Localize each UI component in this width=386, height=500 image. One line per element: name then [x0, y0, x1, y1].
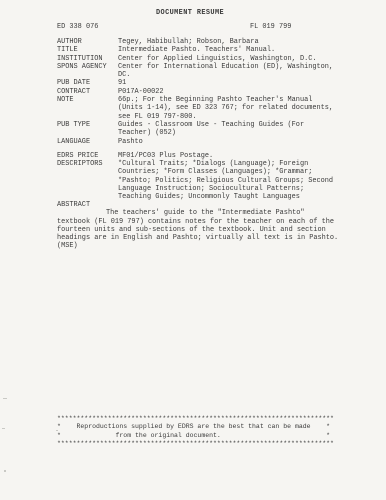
field-value-line: *Pashto; Politics; Religious Cultural Gr…	[118, 177, 341, 185]
field-value-line: Pashto	[118, 138, 341, 146]
field-value-line: DC.	[118, 71, 341, 79]
field-value-line: P017A-00022	[118, 88, 341, 96]
field-row-title: TITLE Intermediate Pashto. Teachers' Man…	[57, 46, 341, 54]
field-value-line: 91	[118, 79, 341, 87]
abstract-label: ABSTRACT	[57, 201, 347, 209]
field-row-contract: CONTRACT P017A-00022	[57, 88, 341, 96]
catalog-fields: AUTHOR Tegey, Habibullah; Robson, Barbar…	[57, 38, 341, 202]
field-label: NOTE	[57, 96, 118, 121]
field-value-line: MF01/PC03 Plus Postage.	[118, 152, 341, 160]
edrs-reproduction-notice: ****************************************…	[57, 415, 334, 448]
field-label: INSTITUTION	[57, 55, 118, 63]
scan-artifact	[56, 430, 58, 431]
scan-artifact	[4, 470, 6, 472]
reproduction-notice-line: * Reproductions supplied by EDRS are the…	[57, 423, 334, 431]
ed-accession-number: ED 338 076	[57, 23, 98, 31]
field-label: PUB TYPE	[57, 121, 118, 138]
field-value-line: Language Instruction; Sociocultural Patt…	[118, 185, 341, 193]
field-value-line: Intermediate Pashto. Teachers' Manual.	[118, 46, 341, 54]
field-row-spons-agency: SPONS AGENCY Center for International Ed…	[57, 63, 341, 80]
abstract-line: fourteen units and sub-sections of the t…	[57, 226, 347, 234]
field-value-line: 66p.; For the Beginning Pashto Teacher's…	[118, 96, 341, 104]
fl-clearinghouse-number: FL 019 799	[250, 23, 291, 31]
field-row-edrs-price: EDRS PRICE MF01/PC03 Plus Postage.	[57, 152, 341, 160]
field-value-line: Center for International Education (ED),…	[118, 63, 341, 71]
scan-artifact	[2, 428, 5, 429]
field-value-line: Countries; *Form Classes (Languages); *G…	[118, 168, 341, 176]
abstract-line: The teachers' guide to the "Intermediate…	[57, 209, 347, 217]
field-row-author: AUTHOR Tegey, Habibullah; Robson, Barbar…	[57, 38, 341, 46]
field-value-line: Teacher) (052)	[118, 129, 341, 137]
abstract-line: textbook (FL 019 797) contains notes for…	[57, 218, 347, 226]
field-label: AUTHOR	[57, 38, 118, 46]
field-label: PUB DATE	[57, 79, 118, 87]
scan-artifact	[3, 398, 7, 399]
scanned-document-page: DOCUMENT RESUME ED 338 076 FL 019 799 AU…	[0, 0, 386, 500]
asterisk-border-top: ****************************************…	[57, 415, 334, 423]
field-label: SPONS AGENCY	[57, 63, 118, 80]
reproduction-notice-line: * from the original document. *	[57, 432, 334, 440]
field-value-line: (Units 1-14), see ED 323 767; for relate…	[118, 104, 341, 112]
abstract-line: headings are in English and Pashto; virt…	[57, 234, 347, 242]
field-label: LANGUAGE	[57, 138, 118, 146]
field-label: EDRS PRICE	[57, 152, 118, 160]
field-row-pub-date: PUB DATE 91	[57, 79, 341, 87]
field-row-language: LANGUAGE Pashto	[57, 138, 341, 146]
field-value-line: Guides - Classroom Use - Teaching Guides…	[118, 121, 341, 129]
field-value-line: see FL 019 797-800.	[118, 113, 341, 121]
field-label: CONTRACT	[57, 88, 118, 96]
field-row-descriptors: DESCRIPTORS *Cultural Traits; *Dialogs (…	[57, 160, 341, 201]
field-label: DESCRIPTORS	[57, 160, 118, 201]
field-value-line: Tegey, Habibullah; Robson, Barbara	[118, 38, 341, 46]
field-row-pub-type: PUB TYPE Guides - Classroom Use - Teachi…	[57, 121, 341, 138]
field-row-note: NOTE 66p.; For the Beginning Pashto Teac…	[57, 96, 341, 121]
abstract-line: (MSE)	[57, 242, 347, 250]
field-label: TITLE	[57, 46, 118, 54]
asterisk-border-bottom: ****************************************…	[57, 440, 334, 448]
field-value-line: *Cultural Traits; *Dialogs (Language); F…	[118, 160, 341, 168]
document-resume-title: DOCUMENT RESUME	[156, 9, 224, 17]
abstract-section: ABSTRACT The teachers' guide to the "Int…	[57, 201, 347, 251]
field-value-line: Center for Applied Linguistics, Washingt…	[118, 55, 341, 63]
field-row-institution: INSTITUTION Center for Applied Linguisti…	[57, 55, 341, 63]
